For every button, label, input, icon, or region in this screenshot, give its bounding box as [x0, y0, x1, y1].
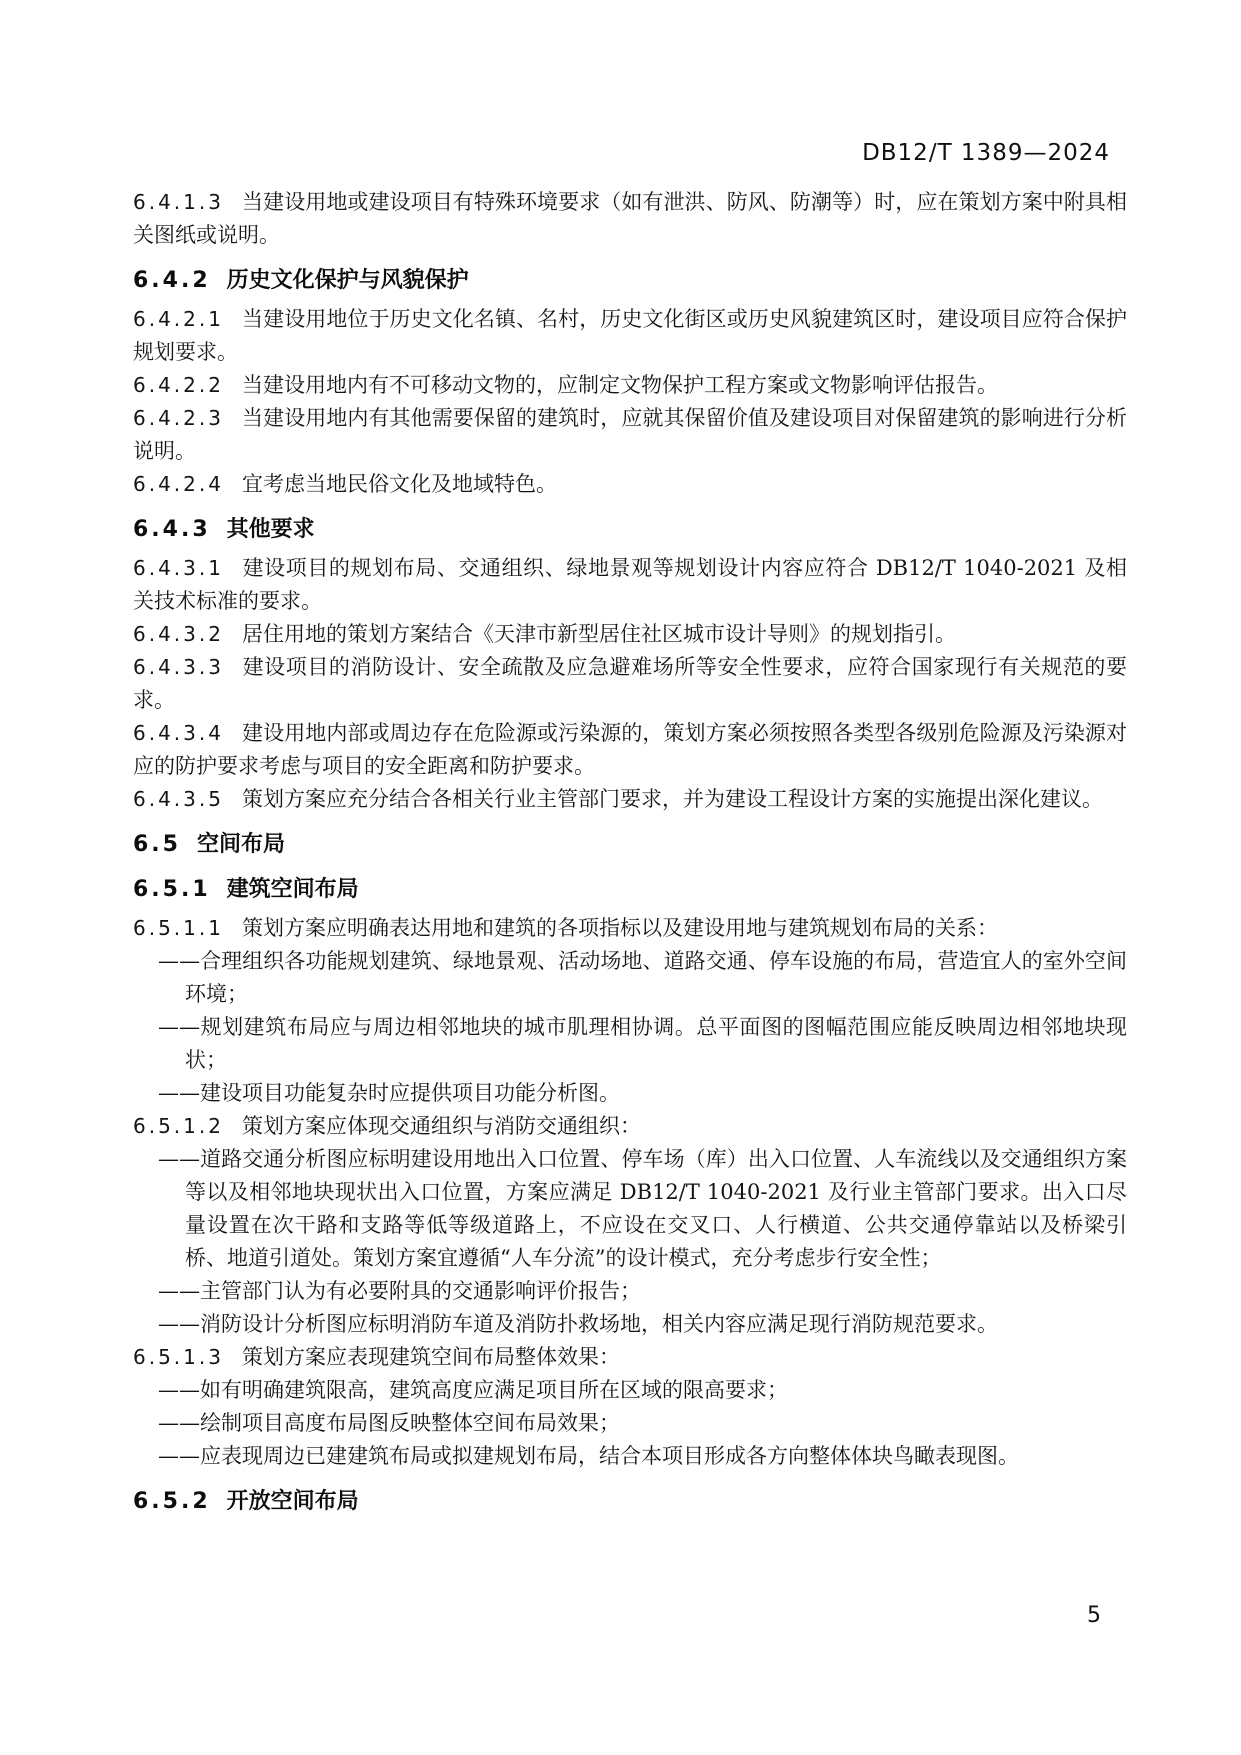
clause-text: 策划方案应体现交通组织与消防交通组织： — [242, 1114, 641, 1138]
clause-number: 6.4.2.3 — [133, 406, 224, 430]
heading-number: 6.4.2 — [133, 268, 211, 293]
dash-item-text: 道路交通分析图应标明建设用地出入口位置、停车场（库）出入口位置、人车流线以及交通… — [185, 1147, 1127, 1270]
section-heading: 6.4.2历史文化保护与风貌保护 — [133, 264, 1127, 297]
clause-text: 建设项目的消防设计、安全疏散及应急避难场所等安全性要求，应符合国家现行有关规范的… — [133, 655, 1127, 712]
em-dash-marker: —— — [158, 1411, 200, 1435]
clause-number: 6.4.3.4 — [133, 721, 224, 745]
em-dash-marker: —— — [158, 1147, 200, 1171]
clause-text: 当建设用地位于历史文化名镇、名村，历史文化街区或历史风貌建筑区时，建设项目应符合… — [133, 307, 1127, 364]
document-content: 6.4.1.3当建设用地或建设项目有特殊环境要求（如有泄洪、防风、防潮等）时，应… — [133, 186, 1127, 1524]
clause-number: 6.5.1.2 — [133, 1114, 224, 1138]
dash-list-item: ——规划建筑布局应与周边相邻地块的城市肌理相协调。总平面图的图幅范围应能反映周边… — [133, 1011, 1127, 1077]
clause-paragraph: 6.5.1.3策划方案应表现建筑空间布局整体效果： — [133, 1341, 1127, 1374]
heading-number: 6.5.2 — [133, 1489, 211, 1514]
em-dash-marker: —— — [158, 949, 200, 973]
dash-list-item: ——如有明确建筑限高，建筑高度应满足项目所在区域的限高要求； — [133, 1374, 1127, 1407]
clause-paragraph: 6.4.3.2居住用地的策划方案结合《天津市新型居住社区城市设计导则》的规划指引… — [133, 618, 1127, 651]
dash-item-text: 绘制项目高度布局图反映整体空间布局效果； — [200, 1411, 620, 1435]
page-header: DB12/T 1389—2024 — [133, 140, 1110, 166]
dash-list-item: ——消防设计分析图应标明消防车道及消防扑救场地，相关内容应满足现行消防规范要求。 — [133, 1308, 1127, 1341]
dash-item-text: 消防设计分析图应标明消防车道及消防扑救场地，相关内容应满足现行消防规范要求。 — [200, 1312, 998, 1336]
clause-number: 6.4.3.2 — [133, 622, 224, 646]
clause-paragraph: 6.4.2.4宜考虑当地民俗文化及地域特色。 — [133, 468, 1127, 501]
document-page: DB12/T 1389—2024 6.4.1.3当建设用地或建设项目有特殊环境要… — [0, 0, 1241, 1755]
clause-number: 6.5.1.1 — [133, 916, 224, 940]
clause-text: 当建设用地内有其他需要保留的建筑时，应就其保留价值及建设项目对保留建筑的影响进行… — [133, 406, 1127, 463]
section-heading: 6.5空间布局 — [133, 828, 1127, 861]
clause-number: 6.5.1.3 — [133, 1345, 224, 1369]
em-dash-marker: —— — [158, 1444, 200, 1468]
page-footer: 5 — [1087, 1603, 1101, 1628]
dash-list-item: ——绘制项目高度布局图反映整体空间布局效果； — [133, 1407, 1127, 1440]
clause-text: 策划方案应充分结合各相关行业主管部门要求，并为建设工程设计方案的实施提出深化建议… — [242, 787, 1103, 811]
clause-text: 策划方案应表现建筑空间布局整体效果： — [242, 1345, 620, 1369]
dash-item-text: 如有明确建筑限高，建筑高度应满足项目所在区域的限高要求； — [200, 1378, 788, 1402]
clause-text: 居住用地的策划方案结合《天津市新型居住社区城市设计导则》的规划指引。 — [242, 622, 956, 646]
clause-text: 策划方案应明确表达用地和建筑的各项指标以及建设用地与建筑规划布局的关系： — [242, 916, 998, 940]
dash-item-text: 规划建筑布局应与周边相邻地块的城市肌理相协调。总平面图的图幅范围应能反映周边相邻… — [185, 1015, 1127, 1072]
dash-list-item: ——道路交通分析图应标明建设用地出入口位置、停车场（库）出入口位置、人车流线以及… — [133, 1143, 1127, 1275]
clause-text: 当建设用地或建设项目有特殊环境要求（如有泄洪、防风、防潮等）时，应在策划方案中附… — [133, 190, 1127, 247]
clause-number: 6.4.1.3 — [133, 190, 224, 214]
clause-number: 6.4.3.3 — [133, 655, 224, 679]
clause-paragraph: 6.4.3.4建设用地内部或周边存在危险源或污染源的，策划方案必须按照各类型各级… — [133, 717, 1127, 783]
clause-paragraph: 6.4.2.2当建设用地内有不可移动文物的，应制定文物保护工程方案或文物影响评估… — [133, 369, 1127, 402]
clause-paragraph: 6.4.1.3当建设用地或建设项目有特殊环境要求（如有泄洪、防风、防潮等）时，应… — [133, 186, 1127, 252]
heading-number: 6.5.1 — [133, 877, 211, 902]
clause-paragraph: 6.4.2.1当建设用地位于历史文化名镇、名村，历史文化街区或历史风貌建筑区时，… — [133, 303, 1127, 369]
em-dash-marker: —— — [158, 1015, 200, 1039]
clause-number: 6.4.2.2 — [133, 373, 224, 397]
section-heading: 6.5.1建筑空间布局 — [133, 873, 1127, 906]
em-dash-marker: —— — [158, 1081, 200, 1105]
dash-item-text: 应表现周边已建建筑布局或拟建规划布局，结合本项目形成各方向整体体块鸟瞰表现图。 — [200, 1444, 1019, 1468]
clause-text: 当建设用地内有不可移动文物的，应制定文物保护工程方案或文物影响评估报告。 — [242, 373, 998, 397]
clause-paragraph: 6.4.3.1建设项目的规划布局、交通组织、绿地景观等规划设计内容应符合 DB1… — [133, 552, 1127, 618]
clause-text: 建设用地内部或周边存在危险源或污染源的，策划方案必须按照各类型各级别危险源及污染… — [133, 721, 1127, 778]
heading-title: 空间布局 — [197, 832, 285, 857]
clause-text: 建设项目的规划布局、交通组织、绿地景观等规划设计内容应符合 DB12/T 104… — [133, 556, 1127, 613]
page-number: 5 — [1087, 1603, 1101, 1628]
dash-list-item: ——建设项目功能复杂时应提供项目功能分析图。 — [133, 1077, 1127, 1110]
clause-number: 6.4.2.1 — [133, 307, 224, 331]
dash-list-item: ——应表现周边已建建筑布局或拟建规划布局，结合本项目形成各方向整体体块鸟瞰表现图… — [133, 1440, 1127, 1473]
heading-title: 建筑空间布局 — [227, 877, 359, 902]
heading-number: 6.5 — [133, 832, 181, 857]
dash-item-text: 建设项目功能复杂时应提供项目功能分析图。 — [200, 1081, 620, 1105]
heading-title: 其他要求 — [227, 517, 315, 542]
clause-text: 宜考虑当地民俗文化及地域特色。 — [242, 472, 557, 496]
section-heading: 6.5.2开放空间布局 — [133, 1485, 1127, 1518]
heading-title: 历史文化保护与风貌保护 — [227, 268, 469, 293]
clause-number: 6.4.3.1 — [133, 556, 224, 580]
clause-paragraph: 6.4.3.3建设项目的消防设计、安全疏散及应急避难场所等安全性要求，应符合国家… — [133, 651, 1127, 717]
dash-item-text: 主管部门认为有必要附具的交通影响评价报告； — [200, 1279, 641, 1303]
clause-paragraph: 6.4.3.5策划方案应充分结合各相关行业主管部门要求，并为建设工程设计方案的实… — [133, 783, 1127, 816]
clause-number: 6.4.2.4 — [133, 472, 224, 496]
dash-list-item: ——主管部门认为有必要附具的交通影响评价报告； — [133, 1275, 1127, 1308]
clause-number: 6.4.3.5 — [133, 787, 224, 811]
heading-title: 开放空间布局 — [227, 1489, 359, 1514]
dash-item-text: 合理组织各功能规划建筑、绿地景观、活动场地、道路交通、停车设施的布局，营造宜人的… — [185, 949, 1127, 1006]
heading-number: 6.4.3 — [133, 517, 211, 542]
clause-paragraph: 6.5.1.1策划方案应明确表达用地和建筑的各项指标以及建设用地与建筑规划布局的… — [133, 912, 1127, 945]
em-dash-marker: —— — [158, 1279, 200, 1303]
em-dash-marker: —— — [158, 1312, 200, 1336]
clause-paragraph: 6.5.1.2策划方案应体现交通组织与消防交通组织： — [133, 1110, 1127, 1143]
em-dash-marker: —— — [158, 1378, 200, 1402]
standard-number: DB12/T 1389—2024 — [862, 140, 1110, 166]
section-heading: 6.4.3其他要求 — [133, 513, 1127, 546]
dash-list-item: ——合理组织各功能规划建筑、绿地景观、活动场地、道路交通、停车设施的布局，营造宜… — [133, 945, 1127, 1011]
clause-paragraph: 6.4.2.3当建设用地内有其他需要保留的建筑时，应就其保留价值及建设项目对保留… — [133, 402, 1127, 468]
